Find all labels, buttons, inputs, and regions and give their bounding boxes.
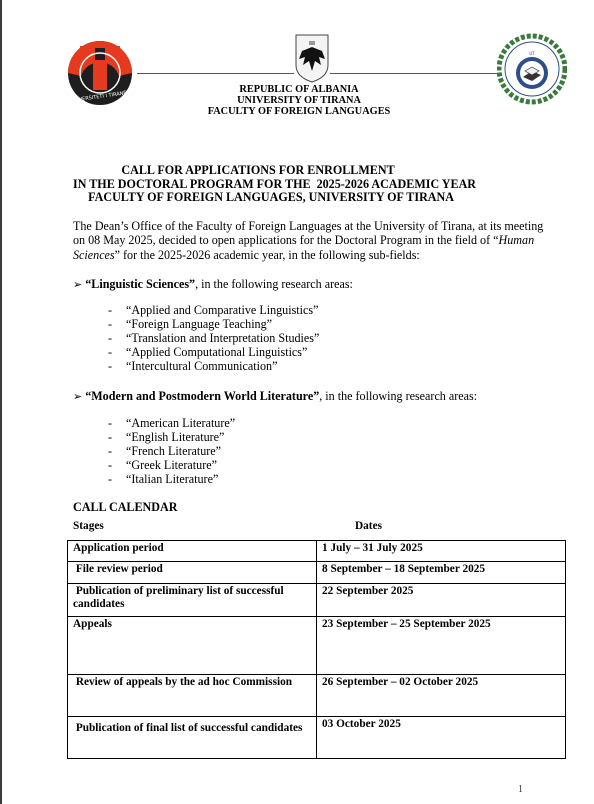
intro-text-end: ” for the 2025-2026 academic year, in th… [115, 248, 420, 262]
header-rule-left [137, 73, 294, 74]
area-label: “American Literature” [126, 416, 235, 430]
dash-icon: - [108, 444, 112, 458]
stage-cell: Review of appeals by the ad hoc Commissi… [68, 675, 317, 717]
list-item: -“Italian Literature” [108, 472, 235, 486]
table-row: Publication of final list of successful … [68, 717, 566, 759]
list-item: -“Applied Computational Linguistics” [108, 345, 319, 359]
list-item: -“English Literature” [108, 430, 235, 444]
list-item: -“French Literature” [108, 444, 235, 458]
dash-icon: - [108, 416, 112, 430]
page-edge [0, 0, 2, 804]
area-label: “Translation and Interpretation Studies” [126, 331, 319, 345]
dash-icon: - [108, 331, 112, 345]
table-row: Application period 1 July – 31 July 2025 [68, 541, 566, 562]
field-name: “Linguistic Sciences” [85, 277, 195, 291]
title-line-1: CALL FOR APPLICATIONS FOR ENROLLMENT [73, 164, 476, 178]
table-row: File review period 8 September – 18 Sept… [68, 562, 566, 584]
list-item: -“Applied and Comparative Linguistics” [108, 303, 319, 317]
column-header-stages: Stages [73, 520, 104, 532]
list-item: -“Translation and Interpretation Studies… [108, 331, 319, 345]
area-label: “Applied Computational Linguistics” [126, 345, 307, 359]
header-faculty: FACULTY OF FOREIGN LANGUAGES [0, 107, 594, 118]
area-label: “Greek Literature” [126, 458, 217, 472]
date-cell: 1 July – 31 July 2025 [317, 541, 566, 562]
title-line-3: FACULTY OF FOREIGN LANGUAGES, UNIVERSITY… [73, 191, 476, 205]
list-item: -“Greek Literature” [108, 458, 235, 472]
stage-cell: Appeals [68, 617, 317, 675]
literature-areas-list: -“American Literature” -“English Literat… [108, 416, 235, 486]
stage-cell: Publication of preliminary list of succe… [68, 584, 317, 617]
stage-cell: File review period [68, 562, 317, 584]
date-cell: 8 September – 18 September 2025 [317, 562, 566, 584]
header-university: UNIVERSITY OF TIRANA [0, 96, 594, 107]
header-rule-right [330, 73, 498, 74]
area-label: “English Literature” [126, 430, 224, 444]
field-name: “Modern and Postmodern World Literature” [85, 389, 319, 403]
field-suffix: , in the following research areas: [195, 277, 353, 291]
svg-text:UT: UT [529, 51, 535, 56]
area-label: “Applied and Comparative Linguistics” [126, 303, 318, 317]
intro-text: The Dean’s Office of the Faculty of Fore… [73, 219, 543, 247]
table-row: Publication of preliminary list of succe… [68, 584, 566, 617]
area-label: “French Literature” [126, 444, 221, 458]
list-item: -“Foreign Language Teaching” [108, 317, 319, 331]
table-row: Appeals 23 September – 25 September 2025 [68, 617, 566, 675]
table-row: Review of appeals by the ad hoc Commissi… [68, 675, 566, 717]
field-world-literature: ➢“Modern and Postmodern World Literature… [73, 389, 477, 404]
field-suffix: , in the following research areas: [319, 389, 477, 403]
date-cell: 22 September 2025 [317, 584, 566, 617]
area-label: “Foreign Language Teaching” [126, 317, 272, 331]
title-line-2: IN THE DOCTORAL PROGRAM FOR THE 2025-202… [73, 178, 476, 192]
list-item: -“American Literature” [108, 416, 235, 430]
dash-icon: - [108, 472, 112, 486]
intro-paragraph: The Dean’s Office of the Faculty of Fore… [73, 219, 553, 262]
stage-cell: Application period [68, 541, 317, 562]
linguistics-areas-list: -“Applied and Comparative Linguistics” -… [108, 303, 319, 373]
dash-icon: - [108, 359, 112, 373]
dash-icon: - [108, 430, 112, 444]
dash-icon: - [108, 317, 112, 331]
calendar-title: CALL CALENDAR [73, 500, 178, 515]
date-cell: 23 September – 25 September 2025 [317, 617, 566, 675]
column-header-dates: Dates [355, 520, 382, 532]
institution-header: REPUBLIC OF ALBANIA UNIVERSITY OF TIRANA… [0, 85, 594, 117]
list-item: -“Intercultural Communication” [108, 359, 319, 373]
albanian-coat-of-arms [294, 33, 330, 83]
page-number: 1 [518, 784, 523, 795]
arrow-bullet-icon: ➢ [73, 390, 82, 403]
dash-icon: - [108, 345, 112, 359]
document-title: CALL FOR APPLICATIONS FOR ENROLLMENT IN … [73, 164, 476, 205]
area-label: “Italian Literature” [126, 472, 218, 486]
arrow-bullet-icon: ➢ [73, 278, 82, 291]
date-cell: 26 September – 02 October 2025 [317, 675, 566, 717]
dash-icon: - [108, 303, 112, 317]
date-cell: 03 October 2025 [317, 717, 566, 759]
dash-icon: - [108, 458, 112, 472]
area-label: “Intercultural Communication” [126, 359, 277, 373]
field-linguistic-sciences: ➢“Linguistic Sciences”, in the following… [73, 277, 353, 292]
stage-cell: Publication of final list of successful … [68, 717, 317, 759]
calendar-table: Application period 1 July – 31 July 2025… [67, 540, 566, 759]
